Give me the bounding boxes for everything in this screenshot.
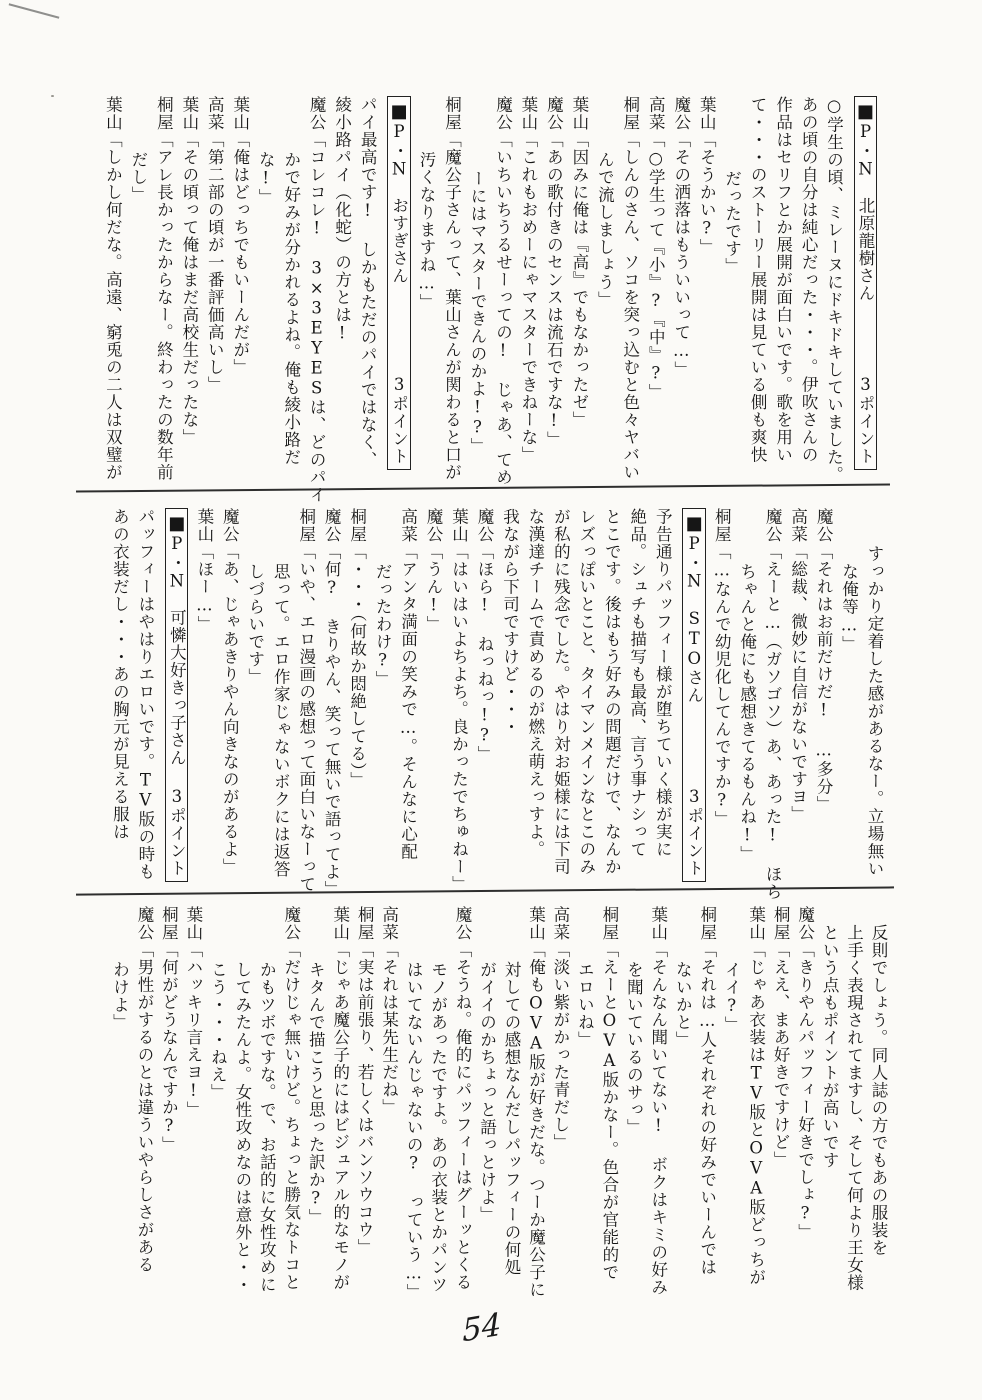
text-column: 桐屋「いや、エロ漫画の感想って面白いなーって — [296, 508, 315, 886]
pen-name-label: P・N 北原龍樹さん — [856, 122, 875, 302]
text-column: 葉山「じゃあ衣装はTV版とOVA版どっちが — [746, 906, 765, 1294]
text-column: が私的に残念でした。やはり対お姫様には下司 — [551, 508, 570, 886]
text-column: 葉山「しかし何だな。高遠、窮兎の二人は双璧が — [103, 96, 122, 474]
text-column: 魔公「だけじゃ無いけど。ちょっと勝気なトコと — [281, 906, 300, 1294]
black-square-icon: ■ — [166, 513, 187, 534]
pen-name-header-top: ■P・N 可憐大好きっ子さん — [167, 513, 186, 767]
text-column: 高菜「アンタ満面の笑みで…。そんなに心配 — [398, 508, 417, 886]
text-column: 桐屋「実は前張り、若しくはバンソウコウ」 — [355, 906, 374, 1294]
text-column: 魔公「きりやんパッフィー好きでしょ?」 — [795, 906, 814, 1294]
text-column: 桐屋「それは…人それぞれの好みでいーんでは — [697, 906, 716, 1294]
text-column: しづらいです」 — [245, 508, 264, 886]
pen-name-header: ■P・N 可憐大好きっ子さん3ポイント — [165, 508, 188, 882]
text-column: あの衣装だし・・・あの胸元が見える服は — [110, 508, 129, 886]
text-column: 高菜「それは某先生だね」 — [379, 906, 398, 1294]
text-column: 魔公「その洒落はもういいって…」 — [671, 96, 690, 474]
text-column: 我ながら下司ですけど・・・ — [500, 508, 519, 886]
text-column: 葉山「じゃあ魔公子的にはビジュアル的なモノが — [330, 906, 349, 1294]
points-label: 3ポイント — [684, 787, 703, 877]
text-column: 魔公「えーと…（ガソゴソ）あ、あった! ほら — [763, 508, 782, 886]
pen-name-header-top: ■P・N 北原龍樹さん — [856, 101, 875, 302]
text-column: 魔公「そうね。俺的にパッフィーはグーッとくる — [453, 906, 472, 1294]
text-column: 葉山「そんなん聞いてない! ボクはキミの好み — [648, 906, 667, 1294]
pen-name-header-top: ■P・N おすぎさん — [389, 101, 408, 285]
text-column: パイ最高です! しかもただのパイではなく、 — [358, 96, 377, 474]
text-column: 桐屋「・・・（何故か悶絶してる）」 — [347, 508, 366, 886]
pen-name-header: ■P・N おすぎさん3ポイント — [387, 96, 410, 470]
text-column: 魔公「あ、じゃあきりやん向きなのがあるよ」 — [220, 508, 239, 886]
text-column: あの頃の自分は純心だった・・・。伊吹さんの — [799, 96, 818, 474]
text-column: んで流しましょう」 — [595, 96, 614, 474]
points-label: 3ポイント — [856, 375, 875, 465]
text-column: 絶品。シュチも描写も最高、言う事ナシって — [627, 508, 646, 886]
text-column: 葉山「因みに俺は『高』でもなかったゼ」 — [569, 96, 588, 474]
text-column: してみたんよ。女性攻めなのは意外と・・ — [232, 906, 251, 1294]
text-column: かもツボですな。で、お話的に女性攻めに — [257, 906, 276, 1294]
text-column: はいてないんじゃないの? っていう…」 — [404, 906, 423, 1294]
interview-section-2: すっかり定着した感があるなー。立場無いな俺等…」魔公「それはお前だけだ! …多分… — [104, 508, 884, 886]
text-column: を聞いているのサっ」 — [624, 906, 643, 1294]
text-column: 魔公「ほら! ねっねっ!?」 — [475, 508, 494, 886]
text-column: 魔公「コレコレ! 3×3EYESは、どのパイ — [307, 96, 326, 474]
pen-name-header: ■P・N 北原龍樹さん3ポイント — [854, 96, 877, 470]
text-column: とこです。後はもう好みの問題だけで、なんか — [602, 508, 621, 886]
text-column: だし」 — [128, 96, 147, 474]
text-column: だったです」 — [722, 96, 741, 474]
text-column: ○学生の頃、ミレーヌにドキドキしていました。 — [824, 96, 843, 474]
black-square-icon: ■ — [684, 513, 705, 534]
text-column: レズっぽいとこと、タイマンメインなとこのみ — [576, 508, 595, 886]
pen-name-label: P・N おすぎさん — [390, 122, 409, 285]
text-column: かで好みが分かれるよね。俺も綾小路だ — [281, 96, 300, 474]
text-column: 葉山「これもおめーにゃマスターできねーな」 — [518, 96, 537, 474]
interview-section-1: ■P・N 北原龍樹さん3ポイント○学生の頃、ミレーヌにドキドキしていました。あの… — [97, 96, 882, 474]
page-number: 54 — [462, 1306, 502, 1349]
scan-artifact-line — [9, 3, 60, 18]
text-column: がイイのかちょっと語っとけよ」 — [477, 906, 496, 1294]
text-column: エロいね」 — [575, 906, 594, 1294]
text-column: ーにはマスターできんのかよ!?」 — [468, 96, 487, 474]
text-column: 桐屋「しんのさん、ソコを突っ込むと色々ヤバい — [620, 96, 639, 474]
text-column: わけよ」 — [110, 906, 129, 1294]
interview-section-3: 反則でしょう。同人誌の方でもあの服装を上手く表現されてますし、そして何より王女様… — [105, 906, 888, 1294]
text-column: という点もポイントが高いです — [820, 906, 839, 1294]
text-column: 魔公「あの歌付きのセンスは流石ですな!」 — [544, 96, 563, 474]
text-column: 魔公「何? きりやん、笑って無いで語ってよ」 — [322, 508, 341, 886]
text-column: だったわけ?」 — [373, 508, 392, 886]
pen-name-label: P・N STOさん — [685, 534, 704, 704]
text-column: 魔公「いちいちうるせーっての! じゃあ、てめ — [493, 96, 512, 474]
text-column: 高菜「○学生って『小』?『中』?」 — [646, 96, 665, 474]
text-column: キタんで描こうと思った訳か?」 — [306, 906, 325, 1294]
scanned-doujinshi-page: ■P・N 北原龍樹さん3ポイント○学生の頃、ミレーヌにドキドキしていました。あの… — [0, 0, 982, 1400]
text-column: すっかり定着した感があるなー。立場無い — [865, 508, 884, 886]
text-column: 対しての感想なんだしパッフィーの何処 — [502, 906, 521, 1294]
text-column: 予告通りパッフィー様が堕ちていく様が実に — [653, 508, 672, 886]
text-column: 高菜「総裁、微妙に自信がないですヨ」 — [788, 508, 807, 886]
text-column: 汚くなりますね…」 — [417, 96, 436, 474]
text-column: 葉山「その頃って俺はまだ高校生だったな」 — [179, 96, 198, 474]
text-column: 桐屋「アレ長かったからなー。終わったの数年前 — [154, 96, 173, 474]
black-square-icon: ■ — [855, 101, 876, 122]
text-column: ちゃんと俺にも感想きてるもんね!」 — [737, 508, 756, 886]
text-column: 桐屋「…なんで幼児化してんですか?」 — [712, 508, 731, 886]
text-column: 高菜「淡い紫がかった青だし」 — [550, 906, 569, 1294]
text-column: 桐屋「ええ、まあ好きですけど」 — [771, 906, 790, 1294]
text-column: 葉山「はいはいよちよち。良かったでちゅねー」 — [449, 508, 468, 886]
pen-name-label: P・N 可憐大好きっ子さん — [167, 534, 186, 767]
text-column: 魔公「うん!」 — [424, 508, 443, 886]
text-column: 葉山「そうかい?」 — [697, 96, 716, 474]
text-column: な漢達チームで責めるのが燃え萌えっすよ。 — [525, 508, 544, 886]
text-column: 反則でしょう。同人誌の方でもあの服装を — [869, 906, 888, 1294]
text-column: 葉山「俺はどっちでもいーんだが」 — [230, 96, 249, 474]
text-column: イイ?」 — [722, 906, 741, 1294]
text-column: 桐屋「魔公子さんって、葉山さんが関わると口が — [442, 96, 461, 474]
text-column: 葉山「ほー…」 — [194, 508, 213, 886]
text-column: ないかと」 — [673, 906, 692, 1294]
text-column: 魔公「男性がするのとは違ういやらしさがある — [134, 906, 153, 1294]
pen-name-header: ■P・N STOさん3ポイント — [682, 508, 705, 882]
text-column: パッフィーはやはりエロいです。TV版の時も — [135, 508, 154, 886]
text-column: 葉山「俺もOVA版が好きだな。つーか魔公子に — [526, 906, 545, 1294]
black-square-icon: ■ — [389, 101, 410, 122]
text-column: モノがあったですよ。あの衣装とかパンツ — [428, 906, 447, 1294]
text-column: な!」 — [256, 96, 275, 474]
points-label: 3ポイント — [167, 787, 186, 877]
text-column: 高菜「第二部の頃が一番評価高いし」 — [205, 96, 224, 474]
text-column: 思って。エロ作家じゃないボクには返答 — [271, 508, 290, 886]
text-column: 桐屋「何がどうなんですか?」 — [159, 906, 178, 1294]
text-column: 桐屋「えーとOVA版かなー。色合が官能的で — [599, 906, 618, 1294]
text-column: 上手く表現されてますし、そして何より王女様 — [844, 906, 863, 1294]
text-column: 葉山「ハッキリ言えヨ!」 — [183, 906, 202, 1294]
text-column: こう・・・ねえ」 — [208, 906, 227, 1294]
pen-name-header-top: ■P・N STOさん — [684, 513, 703, 704]
section-divider-rule — [76, 483, 890, 492]
text-column: て・・・のストーリー展開は見ている側も爽快 — [748, 96, 767, 474]
scan-artifact-dot — [51, 95, 54, 97]
text-column: 作品はセリフとか展開が面白いです。歌を用い — [773, 96, 792, 474]
points-label: 3ポイント — [389, 375, 408, 465]
text-column: 魔公「それはお前だけだ! …多分」 — [814, 508, 833, 886]
text-column: な俺等…」 — [839, 508, 858, 886]
text-column: 綾小路パイ（化蛇）の方とは! — [332, 96, 351, 474]
